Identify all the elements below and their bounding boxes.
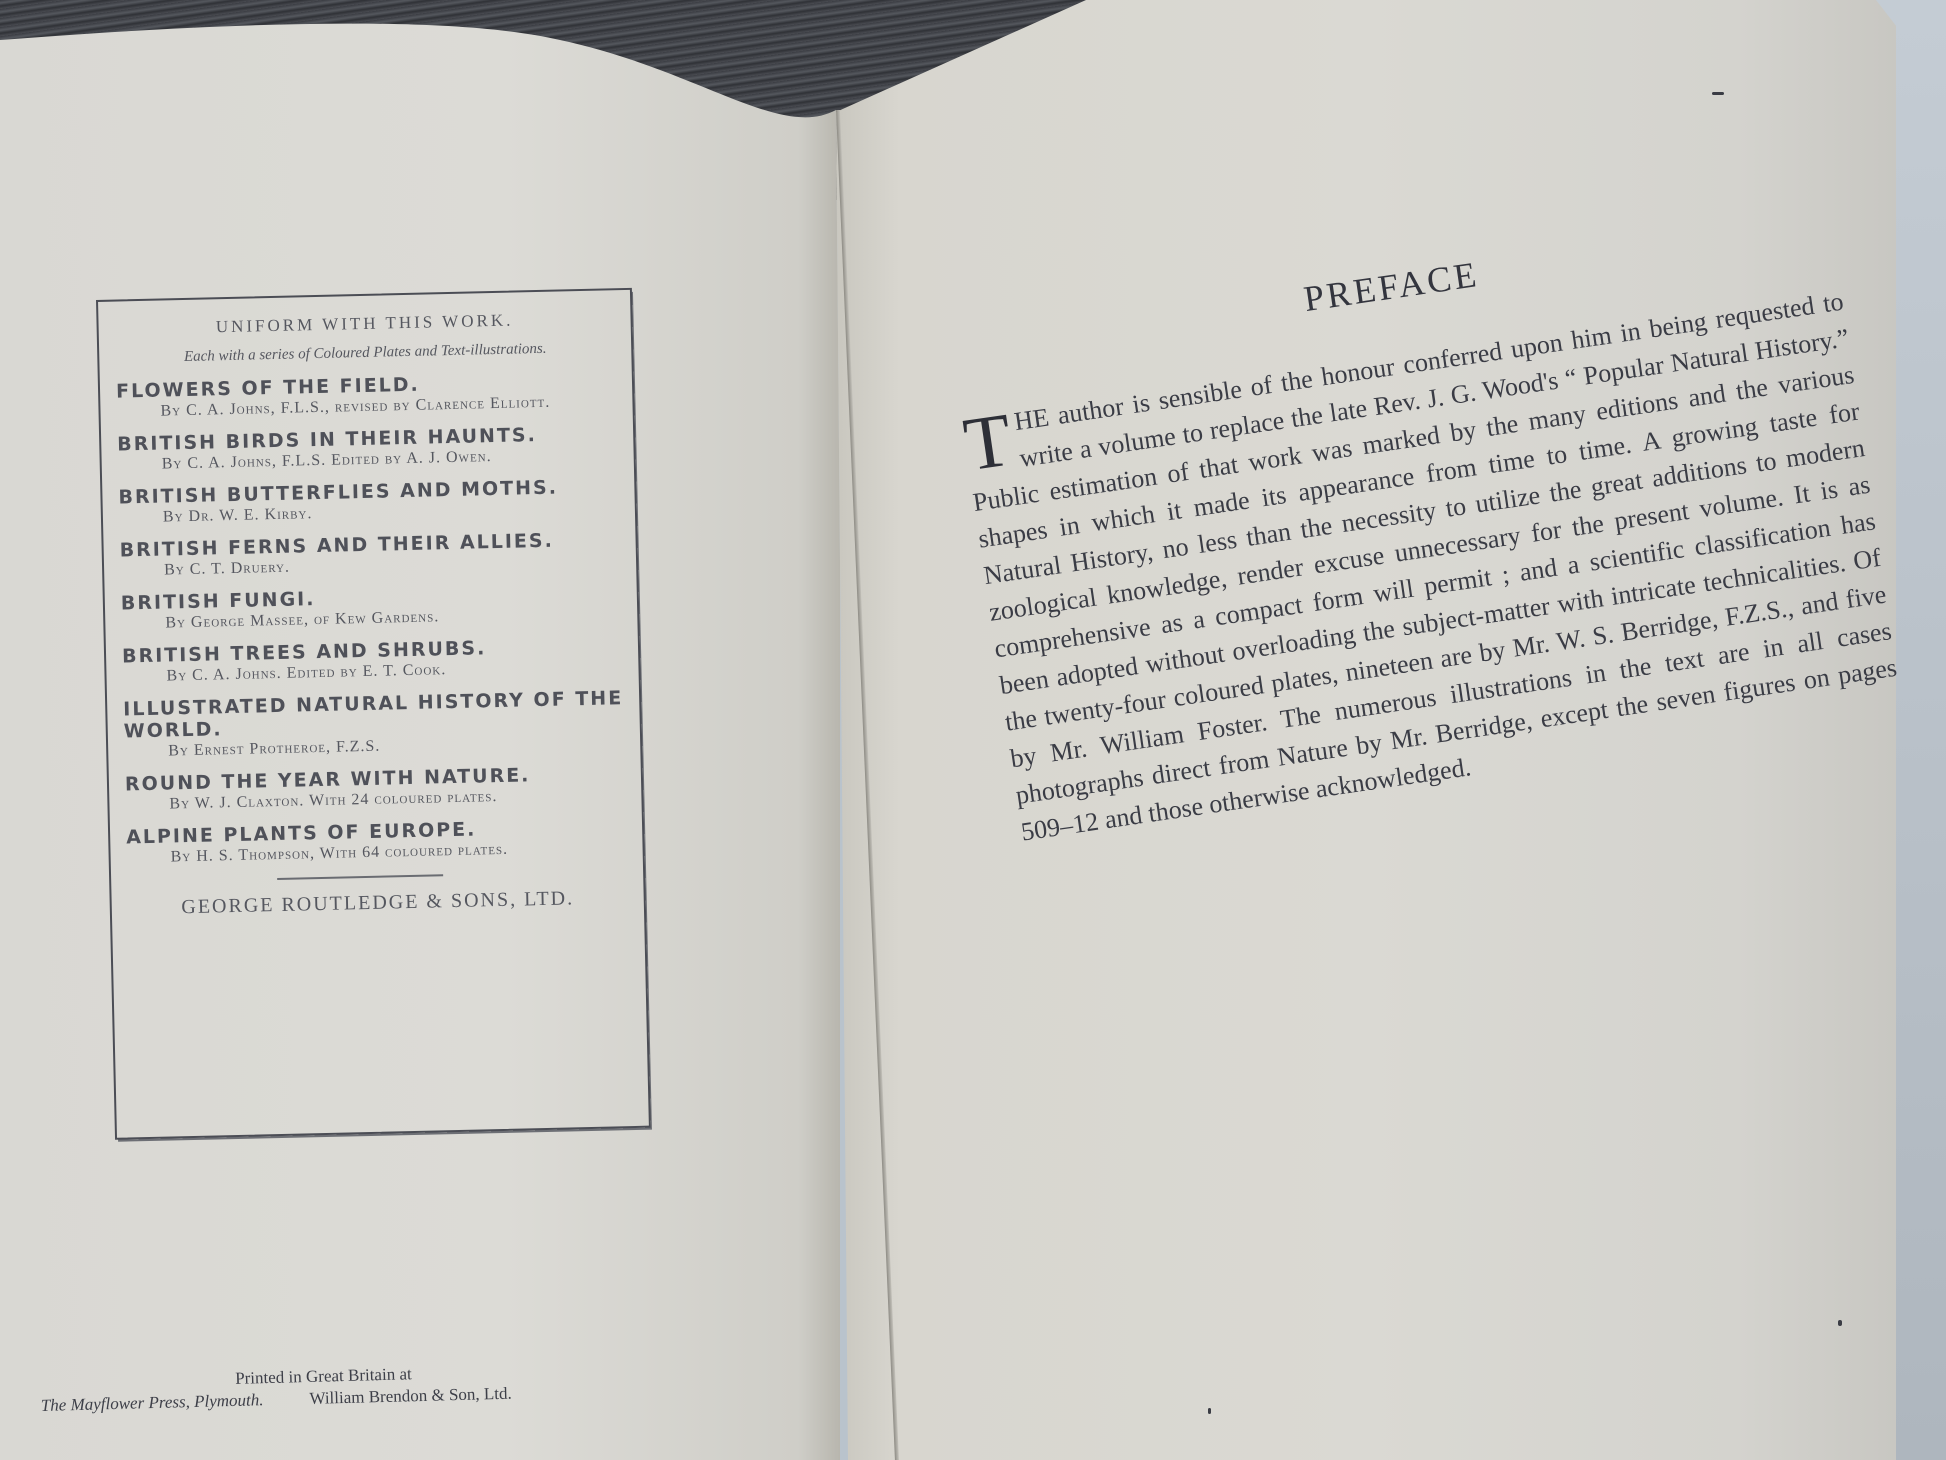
ad-entry: BRITISH BIRDS IN THEIR HAUNTS. By C. A. … [117, 422, 618, 474]
page-speck [1208, 1408, 1211, 1414]
ad-heading: UNIFORM WITH THIS WORK. [114, 308, 614, 339]
ad-entry: ALPINE PLANTS OF EUROPE. By H. S. Thomps… [126, 815, 627, 867]
ad-entry: FLOWERS OF THE FIELD. By C. A. Johns, F.… [116, 369, 617, 421]
page-speck [1712, 92, 1724, 95]
ad-entry: ILLUSTRATED NATURAL HISTORY OF THE WORLD… [123, 687, 624, 761]
ad-subheading: Each with a series of Coloured Plates an… [115, 338, 615, 368]
ad-entry: BRITISH FUNGI. By George Massee, of Kew … [121, 581, 622, 633]
ad-entry: BRITISH TREES AND SHRUBS. By C. A. Johns… [122, 634, 623, 686]
drop-cap: T [960, 408, 1015, 476]
ad-entry: BRITISH FERNS AND THEIR ALLIES. By C. T.… [119, 528, 620, 580]
advertisement-box: UNIFORM WITH THIS WORK. Each with a seri… [96, 288, 651, 1140]
page-speck [1838, 1320, 1842, 1326]
lead-in: HE [1012, 403, 1050, 437]
publisher-name: GEORGE ROUTLEDGE & SONS, LTD. [128, 886, 628, 920]
ad-entry: ROUND THE YEAR WITH NATURE. By W. J. Cla… [125, 762, 626, 814]
divider-rule [277, 874, 443, 880]
ad-entry: BRITISH BUTTERFLIES AND MOTHS. By Dr. W.… [118, 475, 619, 527]
